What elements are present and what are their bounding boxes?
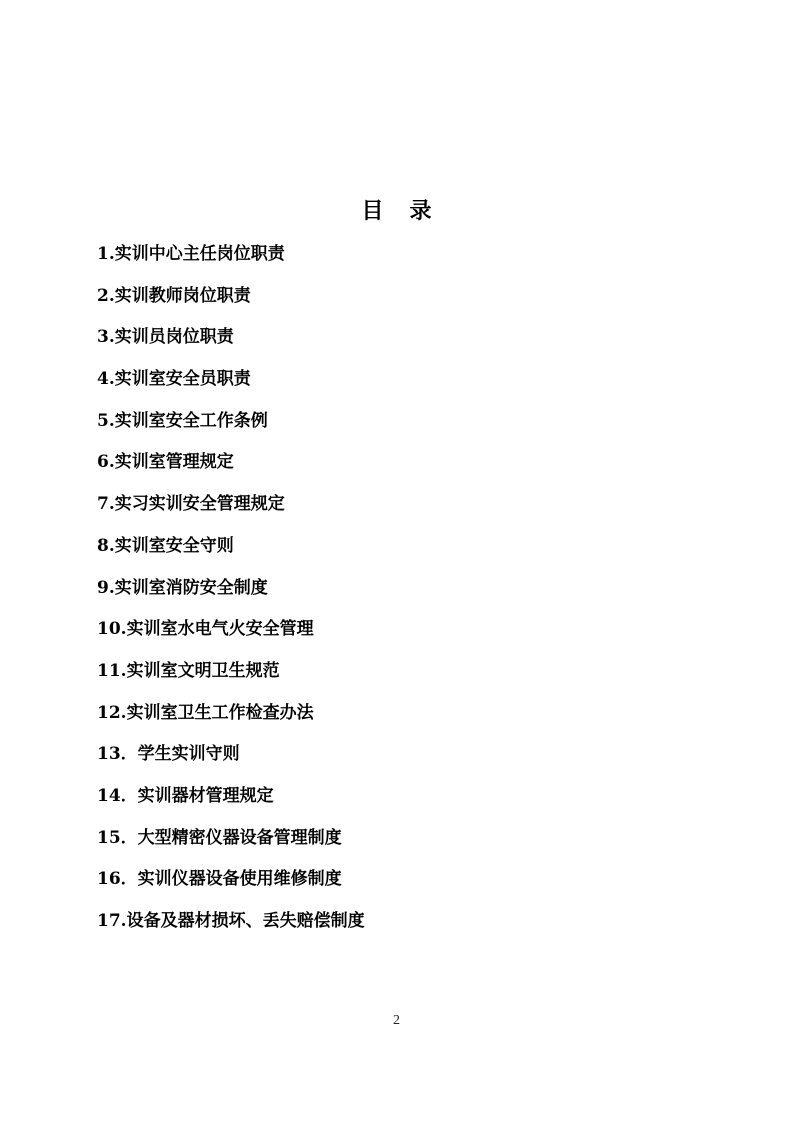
toc-item[interactable]: 15．大型精密仪器设备管理制度 bbox=[97, 825, 365, 867]
toc-item-label: 实训中心主任岗位职责 bbox=[115, 244, 285, 264]
toc-item-number: 6. bbox=[97, 452, 115, 472]
toc-item-label: 学生实训守则 bbox=[138, 744, 240, 764]
document-page: 目录 1.实训中心主任岗位职责 2.实训教师岗位职责 3.实训员岗位职责 4.实… bbox=[0, 0, 793, 1122]
toc-item-number: 14． bbox=[97, 786, 138, 806]
toc-item[interactable]: 4.实训室安全员职责 bbox=[97, 366, 365, 408]
toc-item[interactable]: 9.实训室消防安全制度 bbox=[97, 575, 365, 617]
toc-item-number: 8. bbox=[97, 536, 115, 556]
toc-item-label: 实训器材管理规定 bbox=[138, 786, 274, 806]
toc-item-label: 实习实训安全管理规定 bbox=[115, 494, 285, 514]
toc-item-number: 15． bbox=[97, 828, 138, 848]
toc-title: 目录 bbox=[0, 196, 793, 228]
page-number: 2 bbox=[0, 1013, 793, 1029]
toc-item-label: 实训室卫生工作检查办法 bbox=[127, 703, 314, 723]
toc-item-label: 实训仪器设备使用维修制度 bbox=[138, 869, 342, 889]
toc-item-number: 3. bbox=[97, 327, 115, 347]
toc-item-number: 7. bbox=[97, 494, 115, 514]
toc-item[interactable]: 6.实训室管理规定 bbox=[97, 449, 365, 491]
toc-item-number: 5. bbox=[97, 411, 115, 431]
toc-item-number: 4. bbox=[97, 369, 115, 389]
toc-item-label: 实训室安全工作条例 bbox=[115, 411, 268, 431]
toc-item-number: 17. bbox=[97, 911, 127, 931]
toc-item-label: 实训室消防安全制度 bbox=[115, 578, 268, 598]
toc-item[interactable]: 13．学生实训守则 bbox=[97, 741, 365, 783]
toc-list: 1.实训中心主任岗位职责 2.实训教师岗位职责 3.实训员岗位职责 4.实训室安… bbox=[97, 241, 365, 950]
toc-item-label: 实训室安全员职责 bbox=[115, 369, 251, 389]
toc-item[interactable]: 3.实训员岗位职责 bbox=[97, 324, 365, 366]
toc-item[interactable]: 1.实训中心主任岗位职责 bbox=[97, 241, 365, 283]
toc-item-label: 实训室水电气火安全管理 bbox=[127, 619, 314, 639]
toc-item[interactable]: 7.实习实训安全管理规定 bbox=[97, 491, 365, 533]
toc-item-number: 13． bbox=[97, 744, 138, 764]
toc-item-label: 实训室文明卫生规范 bbox=[127, 661, 280, 681]
toc-item[interactable]: 12.实训室卫生工作检查办法 bbox=[97, 700, 365, 742]
toc-item[interactable]: 10.实训室水电气火安全管理 bbox=[97, 616, 365, 658]
toc-item-number: 2. bbox=[97, 286, 115, 306]
toc-title-char-1: 目 bbox=[361, 199, 383, 224]
toc-item[interactable]: 17.设备及器材损坏、丢失赔偿制度 bbox=[97, 908, 365, 950]
toc-item[interactable]: 2.实训教师岗位职责 bbox=[97, 283, 365, 325]
toc-item-label: 大型精密仪器设备管理制度 bbox=[138, 828, 342, 848]
toc-item-number: 11. bbox=[97, 661, 127, 681]
toc-item[interactable]: 16．实训仪器设备使用维修制度 bbox=[97, 866, 365, 908]
toc-item-label: 实训教师岗位职责 bbox=[115, 286, 251, 306]
toc-item-label: 实训室管理规定 bbox=[115, 452, 234, 472]
toc-item-label: 实训室安全守则 bbox=[115, 536, 234, 556]
toc-title-char-2: 录 bbox=[410, 199, 432, 224]
toc-item-number: 10. bbox=[97, 619, 127, 639]
toc-item-number: 9. bbox=[97, 578, 115, 598]
toc-item[interactable]: 8.实训室安全守则 bbox=[97, 533, 365, 575]
toc-item[interactable]: 14．实训器材管理规定 bbox=[97, 783, 365, 825]
toc-item[interactable]: 11.实训室文明卫生规范 bbox=[97, 658, 365, 700]
toc-item[interactable]: 5.实训室安全工作条例 bbox=[97, 408, 365, 450]
toc-item-label: 设备及器材损坏、丢失赔偿制度 bbox=[127, 911, 365, 931]
toc-item-number: 16． bbox=[97, 869, 138, 889]
toc-item-number: 1. bbox=[97, 244, 115, 264]
toc-item-number: 12. bbox=[97, 703, 127, 723]
toc-item-label: 实训员岗位职责 bbox=[115, 327, 234, 347]
